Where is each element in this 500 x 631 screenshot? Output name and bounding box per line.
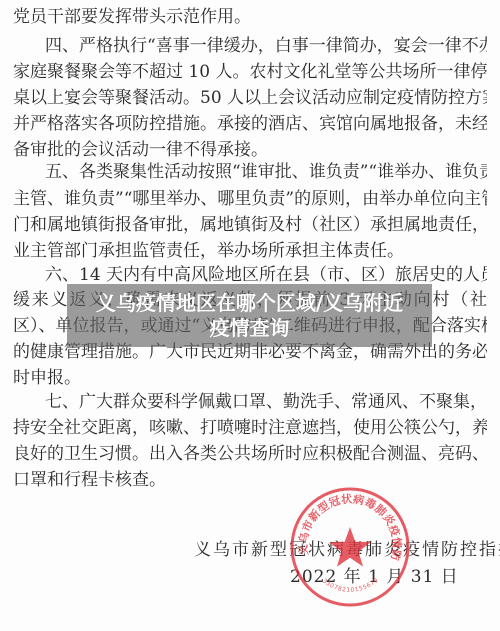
official-seal-icon: 义乌市新型冠状病毒肺炎疫情防控指挥部 3307821015567​9 — [288, 485, 412, 609]
doc-line: 持安全社交距离，咳嗽、打喷嚏时注意遮挡，使用公筷公勺，养成 — [13, 415, 487, 441]
doc-line: 五、各类聚集性活动按照“谁审批、谁负责”“谁举办、谁负责”“谁 — [45, 159, 487, 185]
doc-line: 四、严格执行“喜事一律缓办，白事一律简办，宴会一律不办”， — [45, 33, 487, 59]
doc-line: 七、广大群众要科学佩戴口罩、勤洗手、常通风、不聚集，保 — [45, 389, 487, 415]
doc-line: 并严格落实各项防控措施。承接的酒店、宾馆向属地报备，未经报 — [13, 111, 487, 137]
doc-line: 党员干部要发挥带头示范作用。 — [13, 4, 487, 30]
title-overlay-banner: 义乌疫情地区在哪个区域/义乌附近 疫情查询 — [67, 284, 432, 347]
seal-serial: 3307821015567​9 — [321, 577, 380, 594]
doc-line: 桌以上宴会等聚餐活动。50 人以上会议活动应制定疫情防控方案， — [13, 85, 487, 111]
doc-line: 主管、谁负责”“哪里举办、哪里负责”的原则，由举办单位向主管部 — [13, 186, 487, 212]
overlay-title-line-1: 义乌疫情地区在哪个区域/义乌附近 — [96, 291, 403, 316]
document-page: 党员干部要发挥带头示范作用。 四、严格执行“喜事一律缓办，白事一律简办，宴会一律… — [0, 0, 500, 631]
doc-line: 门和属地镇街报备审批，属地镇街及村（社区）承担属地责任，行 — [13, 212, 487, 238]
overlay-title-line-2: 疫情查询 — [210, 316, 290, 341]
doc-line: 口罩和行程卡核查。 — [13, 467, 487, 493]
doc-line: 良好的卫生习惯。出入各类公共场所时应积极配合测温、亮码、戴 — [13, 441, 487, 467]
doc-line: 业主管部门承担监管责任，举办场所承担主体责任。 — [13, 238, 487, 264]
svg-text:3307821015567​9: 3307821015567​9 — [321, 577, 380, 594]
doc-line: 家庭聚餐聚会等不超过 10 人。农村文化礼堂等公共场所一律停办 5 — [13, 59, 487, 85]
doc-line: 时申报。 — [13, 365, 487, 391]
